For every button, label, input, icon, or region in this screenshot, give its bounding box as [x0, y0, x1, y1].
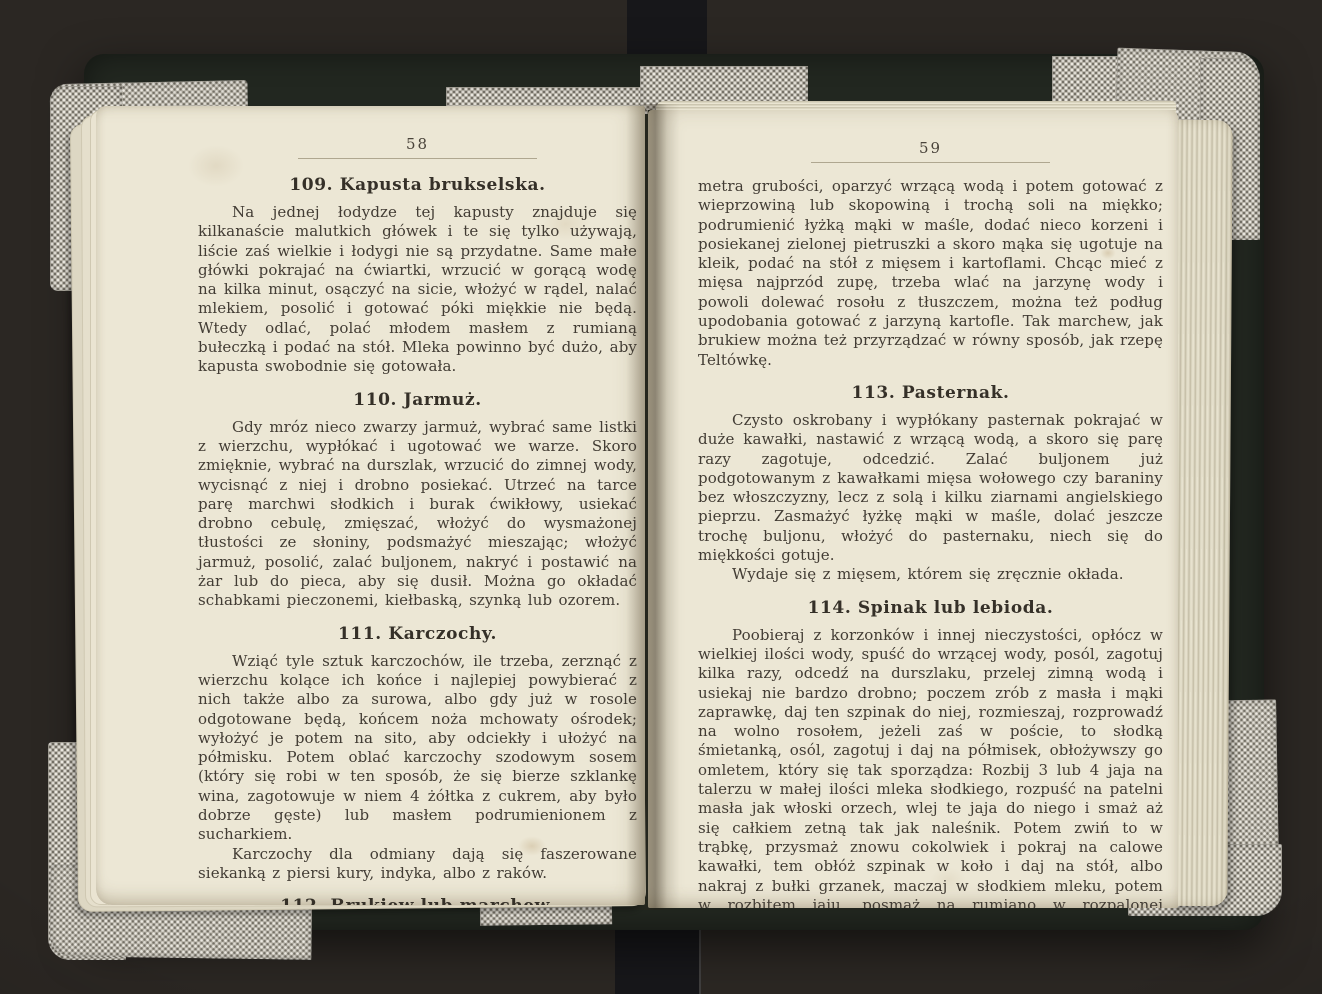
recipe-paragraph: Czysto oskrobany i wypłókany pasternak p…: [698, 411, 1163, 565]
recipe-paragraph: Na jednej łodydze tej kapusty znajduje s…: [198, 203, 637, 377]
right-page-body: metra grubości, oparzyć wrzącą wodą i po…: [698, 177, 1163, 908]
left-page-body: 109. Kapusta brukselska.Na jednej łodydz…: [198, 175, 637, 905]
recipe-paragraph: Karczochy dla odmiany dają się faszerowa…: [198, 845, 637, 884]
photo-background: 58 109. Kapusta brukselska.Na jednej łod…: [0, 0, 1322, 994]
right-page-header: 59: [698, 138, 1163, 163]
recipe-heading: 114. Spinak lub lebioda.: [698, 598, 1163, 619]
recipe-heading: 113. Pasternak.: [698, 383, 1163, 404]
left-page-header: 58: [198, 134, 637, 159]
right-page: 59 metra grubości, oparzyć wrzącą wodą i…: [648, 110, 1178, 908]
recipe-heading: 112. Brukiew lub marchew.: [198, 896, 637, 905]
right-page-number: 59: [811, 139, 1050, 163]
page-fore-edge-right: [1169, 120, 1232, 906]
recipe-paragraph: Wydaje się z mięsem, którem się zręcznie…: [698, 565, 1163, 584]
recipe-paragraph: Wziąć tyle sztuk karczochów, ile trzeba,…: [198, 652, 637, 845]
recipe-paragraph: metra grubości, oparzyć wrzącą wodą i po…: [698, 177, 1163, 370]
recipe-heading: 110. Jarmuż.: [198, 390, 637, 411]
recipe-paragraph: Gdy mróz nieco zwarzy jarmuż, wybrać sam…: [198, 418, 637, 611]
recipe-paragraph: Poobieraj z korzonków i innej nieczystoś…: [698, 626, 1163, 908]
left-page-number: 58: [298, 135, 537, 159]
recipe-heading: 111. Karczochy.: [198, 624, 637, 645]
recipe-heading: 109. Kapusta brukselska.: [198, 175, 637, 196]
left-page: 58 109. Kapusta brukselska.Na jednej łod…: [96, 106, 645, 905]
